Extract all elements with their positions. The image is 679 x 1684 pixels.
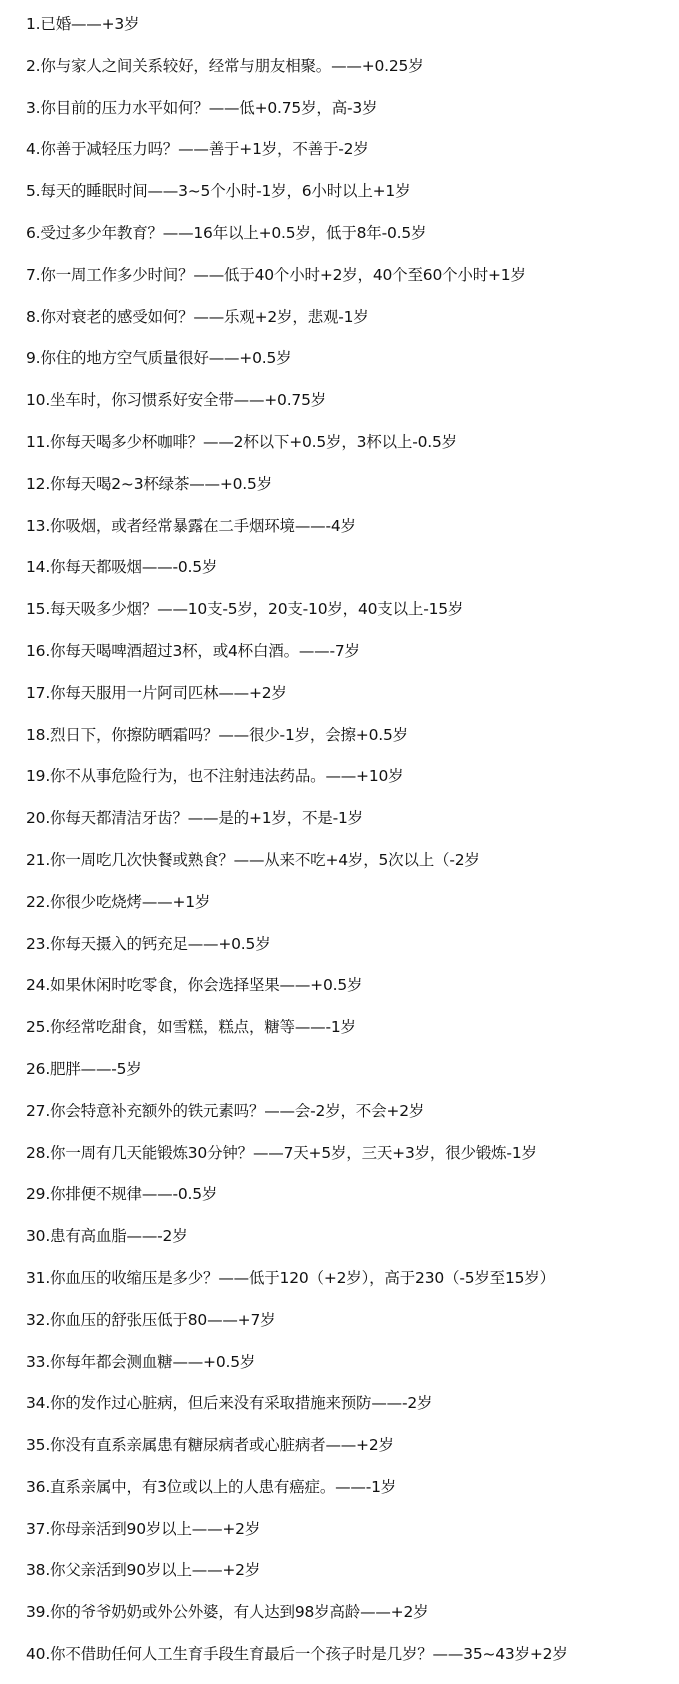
list-item: 17.你每天服用一片阿司匹林——+2岁 [26,679,679,721]
list-item: 11.你每天喝多少杯咖啡？——2杯以下+0.5岁，3杯以上-0.5岁 [26,428,679,470]
list-item: 7.你一周工作多少时间？——低于40个小时+2岁，40个至60个小时+1岁 [26,261,679,303]
list-item: 3.你目前的压力水平如何？——低+0.75岁，高-3岁 [26,94,679,136]
list-item: 9.你住的地方空气质量很好——+0.5岁 [26,344,679,386]
list-item: 1.已婚——+3岁 [26,10,679,52]
list-item: 27.你会特意补充额外的铁元素吗？——会-2岁，不会+2岁 [26,1097,679,1139]
list-item: 29.你排便不规律——-0.5岁 [26,1180,679,1222]
list-item: 30.患有高血脂——-2岁 [26,1222,679,1264]
list-item: 4.你善于减轻压力吗？——善于+1岁，不善于-2岁 [26,135,679,177]
list-item: 8.你对衰老的感受如何？——乐观+2岁，悲观-1岁 [26,303,679,345]
list-item: 20.你每天都清洁牙齿？——是的+1岁，不是-1岁 [26,804,679,846]
list-item: 37.你母亲活到90岁以上——+2岁 [26,1515,679,1557]
list-item: 18.烈日下，你擦防晒霜吗？——很少-1岁，会擦+0.5岁 [26,721,679,763]
list-item: 2.你与家人之间关系较好，经常与朋友相聚。——+0.25岁 [26,52,679,94]
list-item: 35.你没有直系亲属患有糖尿病者或心脏病者——+2岁 [26,1431,679,1473]
list-item: 24.如果休闲时吃零食，你会选择坚果——+0.5岁 [26,971,679,1013]
list-item: 13.你吸烟，或者经常暴露在二手烟环境——-4岁 [26,512,679,554]
list-item: 12.你每天喝2~3杯绿茶——+0.5岁 [26,470,679,512]
list-item: 39.你的爷爷奶奶或外公外婆，有人达到98岁高龄——+2岁 [26,1598,679,1640]
list-item: 15.每天吸多少烟？——10支-5岁，20支-10岁，40支以上-15岁 [26,595,679,637]
list-item: 25.你经常吃甜食，如雪糕，糕点，糖等——-1岁 [26,1013,679,1055]
list-item: 10.坐车时，你习惯系好安全带——+0.75岁 [26,386,679,428]
list-item: 31.你血压的收缩压是多少？——低于120（+2岁），高于230（-5岁至15岁… [26,1264,679,1306]
list-item: 23.你每天摄入的钙充足——+0.5岁 [26,930,679,972]
list-item: 26.肥胖——-5岁 [26,1055,679,1097]
list-item: 36.直系亲属中，有3位或以上的人患有癌症。——-1岁 [26,1473,679,1515]
list-item: 21.你一周吃几次快餐或熟食？——从来不吃+4岁，5次以上（-2岁 [26,846,679,888]
list-item: 6.受过多少年教育？——16年以上+0.5岁，低于8年-0.5岁 [26,219,679,261]
list-item: 22.你很少吃烧烤——+1岁 [26,888,679,930]
list-item: 16.你每天喝啤酒超过3杯，或4杯白酒。——-7岁 [26,637,679,679]
list-item: 5.每天的睡眠时间——3~5个小时-1岁，6小时以上+1岁 [26,177,679,219]
list-item: 32.你血压的舒张压低于80——+7岁 [26,1306,679,1348]
list-item: 40.你不借助任何人工生育手段生育最后一个孩子时是几岁？——35~43岁+2岁 [26,1640,679,1682]
questionnaire-list: 1.已婚——+3岁 2.你与家人之间关系较好，经常与朋友相聚。——+0.25岁 … [26,10,679,1682]
list-item: 19.你不从事危险行为，也不注射违法药品。——+10岁 [26,762,679,804]
list-item: 28.你一周有几天能锻炼30分钟？——7天+5岁，三天+3岁，很少锻炼-1岁 [26,1139,679,1181]
list-item: 14.你每天都吸烟——-0.5岁 [26,553,679,595]
list-item: 34.你的发作过心脏病，但后来没有采取措施来预防——-2岁 [26,1389,679,1431]
list-item: 33.你每年都会测血糖——+0.5岁 [26,1348,679,1390]
list-item: 38.你父亲活到90岁以上——+2岁 [26,1556,679,1598]
